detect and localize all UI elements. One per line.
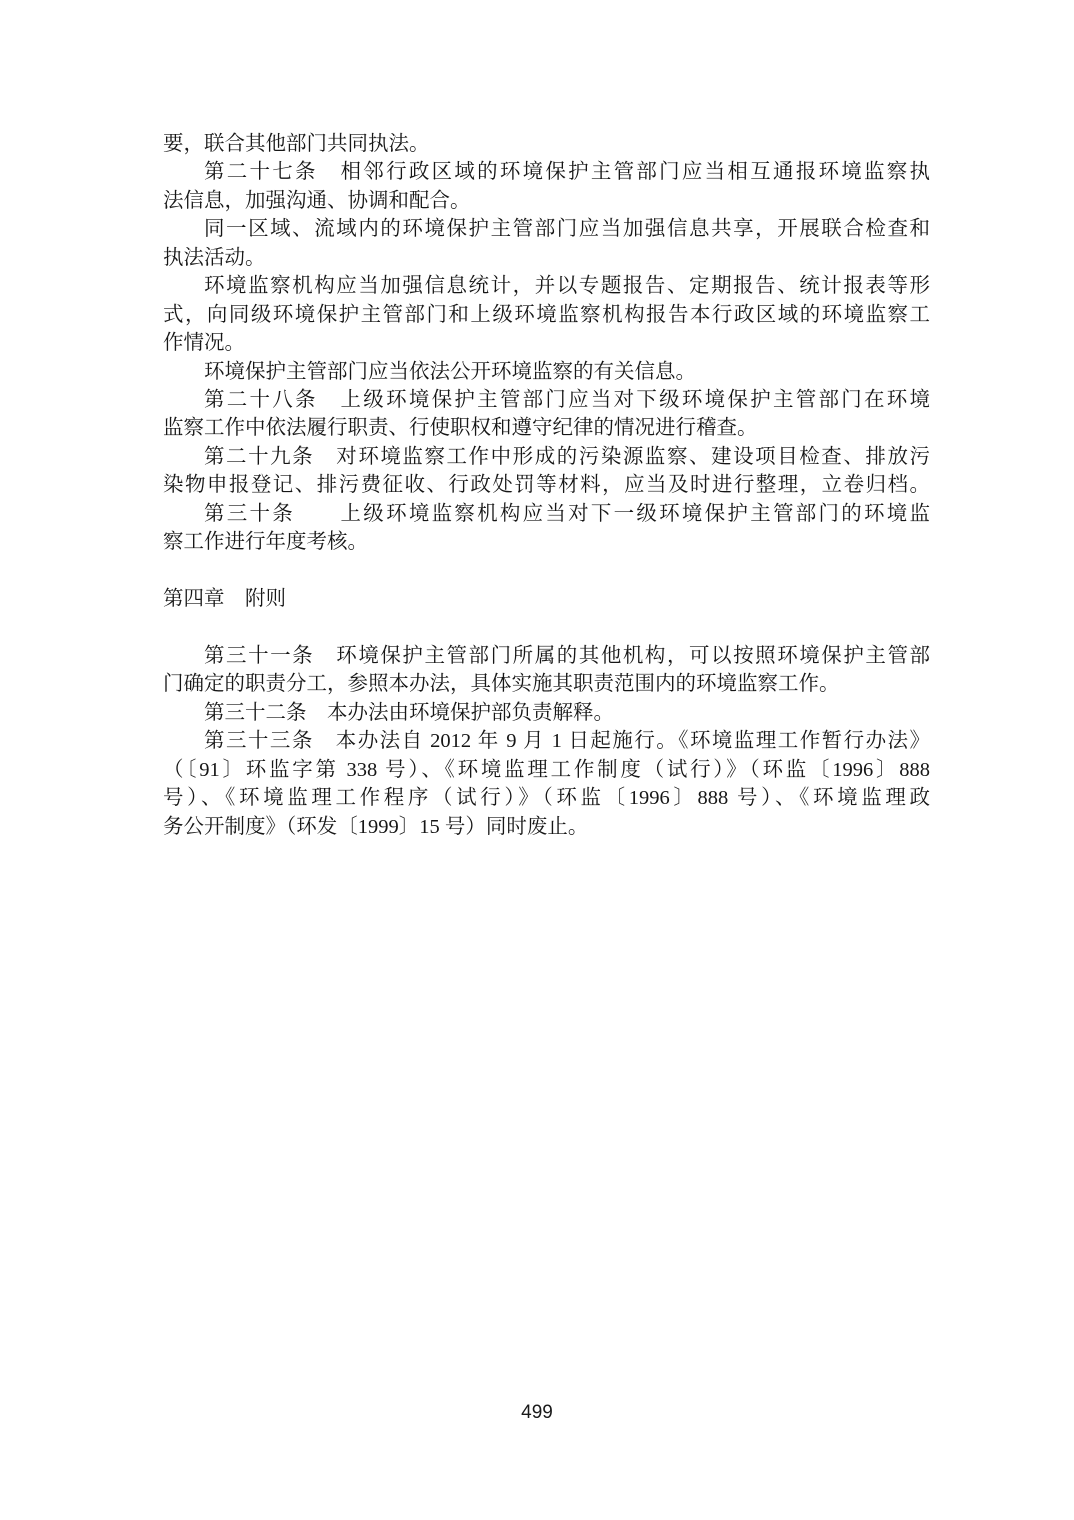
paragraph: 环境监察机构应当加强信息统计，并以专题报告、定期报告、统计报表等形 式，向同级环… bbox=[163, 272, 930, 357]
paragraph: 第三十一条 环境保护主管部门所属的其他机构，可以按照环境保护主管部 门确定的职责… bbox=[163, 642, 930, 699]
text-line: 作情况。 bbox=[163, 329, 930, 357]
blank-line bbox=[163, 557, 930, 585]
paragraph: 第二十七条 相邻行政区域的环境保护主管部门应当相互通报环境监察执 法信息，加强沟… bbox=[163, 158, 930, 215]
text-line: 式，向同级环境保护主管部门和上级环境监察机构报告本行政区域的环境监察工 bbox=[163, 301, 930, 329]
paragraph: 第三十条 上级环境监察机构应当对下一级环境保护主管部门的环境监 察工作进行年度考… bbox=[163, 500, 930, 557]
text-line: 第二十九条 对环境监察工作中形成的污染源监察、建设项目检查、排放污 bbox=[163, 443, 930, 471]
text-line: 第三十三条 本办法自 2012 年 9 月 1 日起施行。《环境监理工作暂行办法… bbox=[163, 727, 930, 755]
text-line: 号）、《环境监理工作程序（试行）》（环监〔1996〕888 号）、《环境监理政 bbox=[163, 784, 930, 812]
text-line: 第三十条 上级环境监察机构应当对下一级环境保护主管部门的环境监 bbox=[163, 500, 930, 528]
text-line: 同一区域、流域内的环境保护主管部门应当加强信息共享，开展联合检查和 bbox=[163, 215, 930, 243]
text-line: （〔91〕环监字第 338 号）、《环境监理工作制度（试行）》（环监〔1996〕… bbox=[163, 756, 930, 784]
blank-line bbox=[163, 613, 930, 641]
text-line: 察工作进行年度考核。 bbox=[163, 528, 930, 556]
text-line: 第三十一条 环境保护主管部门所属的其他机构，可以按照环境保护主管部 bbox=[163, 642, 930, 670]
paragraph: 第三十三条 本办法自 2012 年 9 月 1 日起施行。《环境监理工作暂行办法… bbox=[163, 727, 930, 841]
paragraph: 第二十八条 上级环境保护主管部门应当对下级环境保护主管部门在环境 监察工作中依法… bbox=[163, 386, 930, 443]
paragraph: 第三十二条 本办法由环境保护部负责解释。 bbox=[163, 699, 930, 727]
text-line: 要，联合其他部门共同执法。 bbox=[163, 130, 930, 158]
paragraph: 要，联合其他部门共同执法。 bbox=[163, 130, 930, 158]
paragraph: 第二十九条 对环境监察工作中形成的污染源监察、建设项目检查、排放污 染物申报登记… bbox=[163, 443, 930, 500]
text-line: 环境监察机构应当加强信息统计，并以专题报告、定期报告、统计报表等形 bbox=[163, 272, 930, 300]
text-line: 监察工作中依法履行职责、行使职权和遵守纪律的情况进行稽查。 bbox=[163, 414, 930, 442]
text-line: 门确定的职责分工，参照本办法，具体实施其职责范围内的环境监察工作。 bbox=[163, 670, 930, 698]
text-line: 第三十二条 本办法由环境保护部负责解释。 bbox=[163, 699, 930, 727]
paragraph: 同一区域、流域内的环境保护主管部门应当加强信息共享，开展联合检查和 执法活动。 bbox=[163, 215, 930, 272]
text-line: 环境保护主管部门应当依法公开环境监察的有关信息。 bbox=[163, 358, 930, 386]
text-line: 法信息，加强沟通、协调和配合。 bbox=[163, 187, 930, 215]
text-block: 要，联合其他部门共同执法。 第二十七条 相邻行政区域的环境保护主管部门应当相互通… bbox=[163, 130, 930, 841]
text-line: 执法活动。 bbox=[163, 244, 930, 272]
page-number: 499 bbox=[0, 1402, 1074, 1424]
paragraph: 环境保护主管部门应当依法公开环境监察的有关信息。 bbox=[163, 358, 930, 386]
document-page: 要，联合其他部门共同执法。 第二十七条 相邻行政区域的环境保护主管部门应当相互通… bbox=[0, 0, 1074, 1520]
text-line: 第二十七条 相邻行政区域的环境保护主管部门应当相互通报环境监察执 bbox=[163, 158, 930, 186]
text-line: 务公开制度》（环发〔1999〕15 号）同时废止。 bbox=[163, 813, 930, 841]
text-line: 第二十八条 上级环境保护主管部门应当对下级环境保护主管部门在环境 bbox=[163, 386, 930, 414]
text-line: 染物申报登记、排污费征收、行政处罚等材料，应当及时进行整理，立卷归档。 bbox=[163, 471, 930, 499]
chapter-heading: 第四章 附则 bbox=[163, 585, 930, 613]
